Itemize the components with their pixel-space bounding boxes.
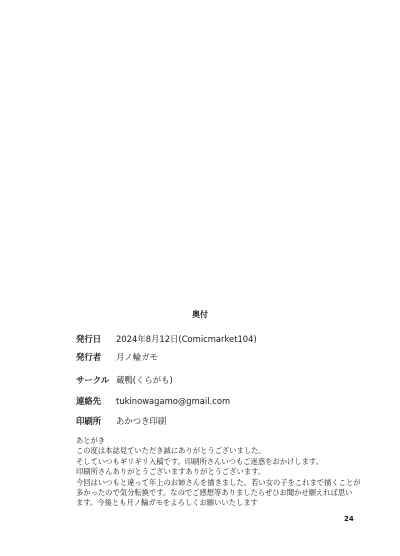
colophon-title: 奥付 [0,309,400,320]
afterword-line: そしていつもギリギリ入稿です。印刷所さんいつもご迷惑をおかけします。 [76,457,361,467]
row-value: tukinowagamo@gmail.com [116,396,230,406]
row-value: 月ノ輪ガモ [116,351,158,363]
row-value: あかつき印刷 [116,415,166,427]
afterword-line: ます。今後とも月ノ輪ガモをよろしくお願いいたします [76,498,361,508]
row-value: 蔵鴨(くらがも) [116,374,173,386]
colophon-row-circle: サークル 蔵鴨(くらがも) [76,374,173,386]
afterword-line: 今回はいつもと違って年上のお姉さんを描きました。若い女の子をこれまで描くことが [76,478,361,488]
page-number: 24 [344,515,354,523]
row-label: 発行者 [76,351,116,363]
afterword-line: 印刷所さんありがとうございますありがとうございます。 [76,467,361,477]
row-label: 連絡先 [76,395,116,407]
colophon-row-printer: 印刷所 あかつき印刷 [76,415,166,427]
afterword: あとがき この度は本誌見ていただき誠にありがとうございました。 そしていつもギリ… [76,436,361,509]
afterword-line: この度は本誌見ていただき誠にありがとうございました。 [76,446,361,456]
afterword-heading: あとがき [76,436,361,446]
row-label: 印刷所 [76,415,116,427]
colophon-row-publisher: 発行者 月ノ輪ガモ [76,351,158,363]
afterword-line: 多かったので気分転換です。なのでご感想等ありましたらぜひお聞かせ願えれば思い [76,488,361,498]
row-label: 発行日 [76,333,116,345]
row-label: サークル [76,374,116,386]
colophon-row-publish-date: 発行日 2024年8月12日(Comicmarket104) [76,333,257,345]
colophon-row-contact: 連絡先 tukinowagamo@gmail.com [76,395,230,407]
row-value: 2024年8月12日(Comicmarket104) [116,333,257,345]
